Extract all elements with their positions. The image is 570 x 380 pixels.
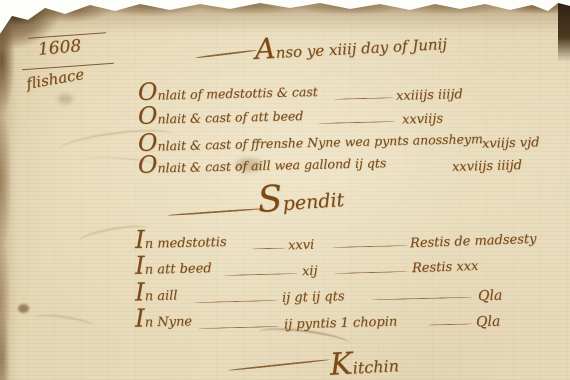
spend-note: Restis de madsesty [410, 232, 537, 251]
credit-item: Onlait & cast of aill wea gallond ij qts [138, 155, 387, 176]
pen-stroke [252, 248, 286, 250]
spend-item: In att beed [135, 261, 212, 278]
stain [18, 304, 29, 313]
footer-flourish-stroke [228, 359, 330, 372]
year-label: 1608 [37, 36, 82, 60]
gutter-shadow-edge [558, 0, 570, 62]
heading-flourish-stroke [195, 49, 257, 59]
stain [58, 94, 73, 104]
credit-sum: xxviijs iiijd [452, 158, 522, 175]
spendit-flourish-stroke [168, 208, 263, 217]
spend-note: Qla [476, 314, 501, 331]
spend-qty: ij pyntis 1 chopin [284, 315, 398, 333]
spend-qty: xxvi [288, 238, 315, 254]
pen-stroke [372, 297, 472, 301]
spend-item: In medstottis [135, 235, 227, 252]
credit-sum: xviijs vjd [482, 135, 540, 152]
pen-stroke [318, 121, 396, 124]
pen-stroke [194, 300, 278, 303]
credit-item: Onlait of medstottis & cast [138, 84, 318, 103]
paper: 1608 flishace Anso ye xiiij day of Junij… [0, 0, 570, 380]
credit-sum: xxviijs [402, 111, 443, 127]
pen-stroke [334, 271, 408, 274]
pen-stroke [428, 323, 472, 325]
pen-stroke [332, 245, 408, 248]
spend-item: In aill [135, 289, 178, 305]
pen-stroke [224, 273, 298, 276]
manuscript-scan: 1608 flishace Anso ye xiiij day of Junij… [0, 0, 570, 380]
footer-heading: Kitchin [330, 356, 400, 379]
credit-item: Onlait & cast of att beed [138, 108, 304, 127]
credit-sum: xxiiijs iiijd [396, 87, 463, 104]
spendit-heading: Spendit [257, 189, 345, 217]
pen-stroke [334, 97, 394, 100]
receipts-heading: Anso ye xiiij day of Junij [255, 35, 448, 63]
show-through-mark [33, 312, 94, 332]
spend-item: In Nyne [135, 314, 192, 330]
credit-item: Onlait & cast of ffrenshe Nyne wea pynts… [138, 131, 483, 154]
burnt-top-edge [0, 0, 570, 34]
spend-note: Qla [478, 288, 503, 305]
spend-note: Restis xxx [412, 259, 479, 276]
spend-qty: ij gt ij qts [282, 289, 345, 306]
spend-qty: xij [302, 264, 318, 279]
